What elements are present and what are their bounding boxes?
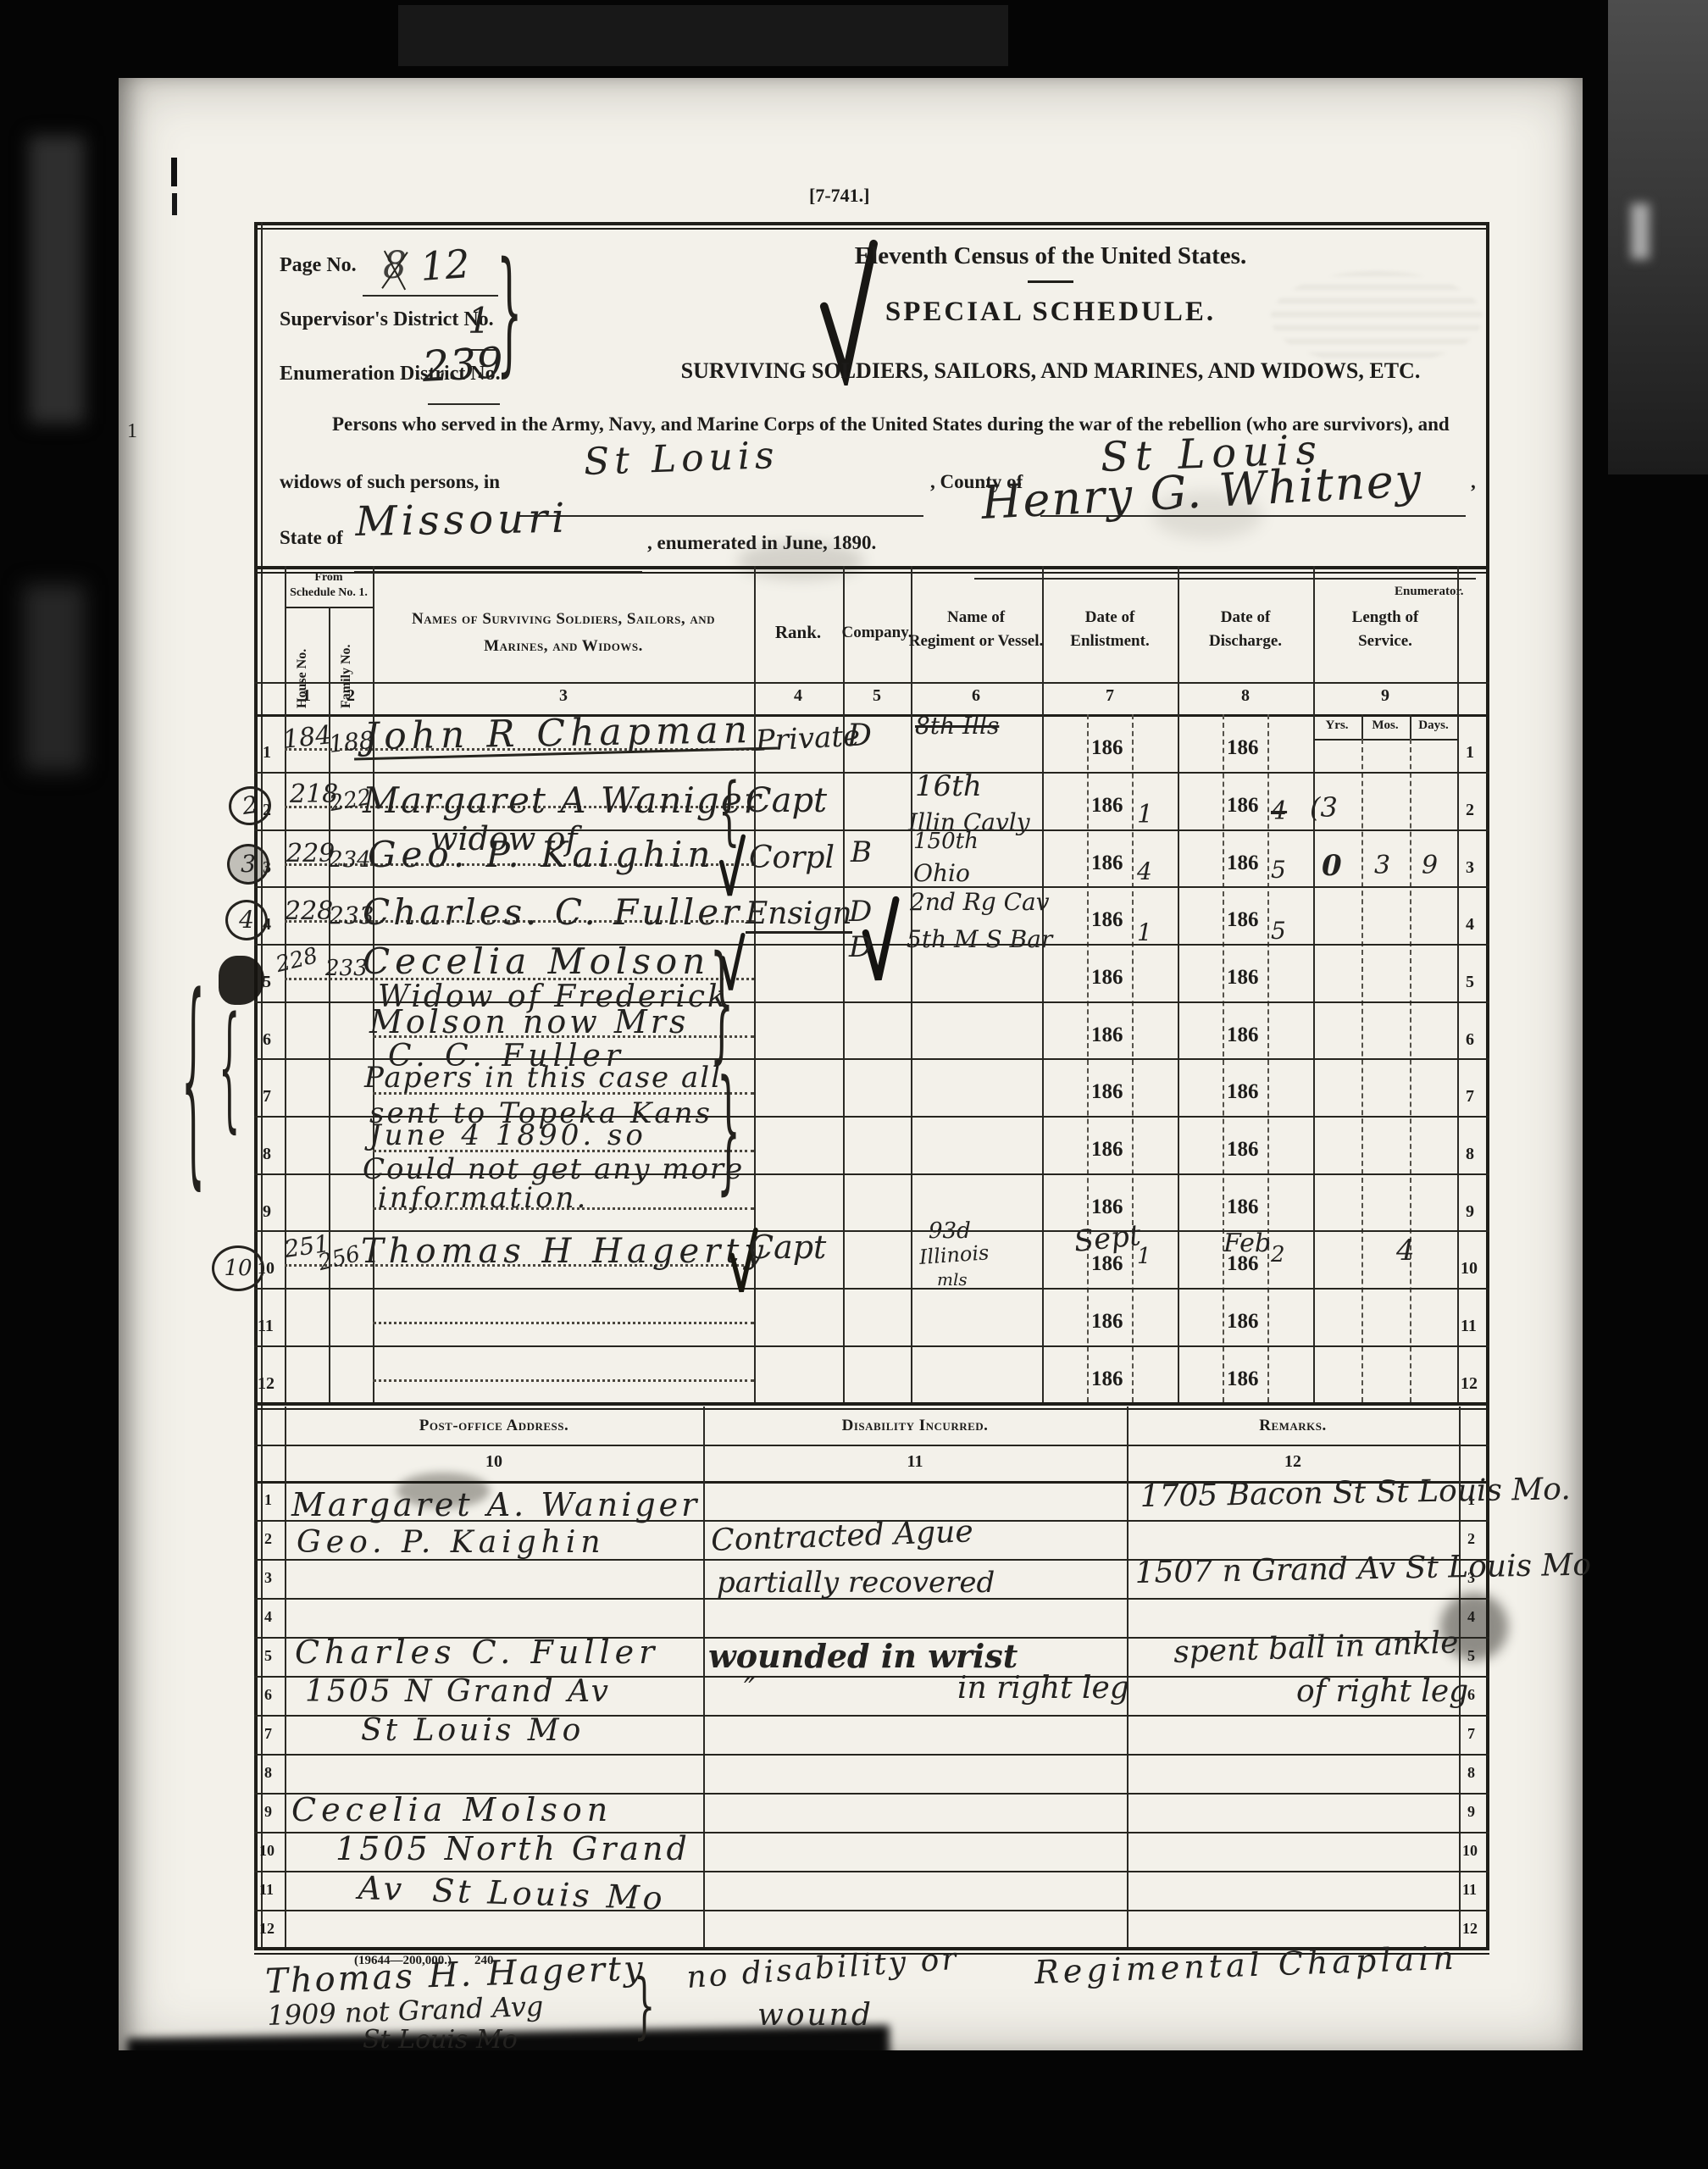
- enlist-col-label1: Date of: [1085, 608, 1135, 627]
- r10-rank: Capt: [749, 1229, 826, 1266]
- from-schedule-label1: From: [314, 571, 342, 585]
- lcol-num-11: 11: [907, 1452, 923, 1472]
- col-num-1: 1: [302, 686, 311, 706]
- l6-po: 1505 N Grand Av: [305, 1674, 611, 1709]
- mrownum-l-8: 8: [263, 1145, 271, 1164]
- margin-circle-10: 10: [212, 1245, 264, 1291]
- lrownum-l-12: 12: [259, 1920, 274, 1938]
- mrownum-r-11: 11: [1461, 1317, 1477, 1336]
- l6-rem: of right leg: [1296, 1674, 1468, 1709]
- r3-regiment: 150th: [913, 829, 979, 854]
- place-value: St Louis: [583, 434, 779, 484]
- y186-enl-1: 186: [1091, 736, 1123, 760]
- r10-discharge-year: 2: [1271, 1242, 1285, 1268]
- y186-enl-8: 186: [1091, 1138, 1123, 1162]
- y186-dis-9: 186: [1227, 1195, 1259, 1219]
- vline-numL: [285, 566, 286, 1402]
- lrownum-l-11: 11: [259, 1881, 274, 1899]
- enum-date-label: , enumerated in June, 1890.: [647, 532, 876, 554]
- l5-po: Charles C. Fuller: [295, 1634, 659, 1671]
- mrownum-r-9: 9: [1466, 1202, 1474, 1222]
- mrownum-r-5: 5: [1466, 973, 1474, 992]
- vdash-mos-days: [1410, 739, 1411, 1402]
- scanned-census-document: 1 [7-741.] Page No. 8 12 Supervisor's Di…: [0, 0, 1708, 2169]
- census-title-block: Eleventh Census of the United States. SP…: [678, 242, 1423, 384]
- lrownum-r-7: 7: [1467, 1725, 1475, 1743]
- remarks-label: Remarks.: [1259, 1417, 1327, 1435]
- enum-district-line: [428, 403, 500, 405]
- r5-name: Cecelia Molson: [363, 940, 710, 982]
- margin-circle-3: 3: [227, 844, 269, 885]
- r2-rank: Capt: [746, 781, 827, 820]
- lrownum-r-10: 10: [1462, 1842, 1478, 1860]
- r10-regiment2: Illinois: [918, 1240, 990, 1269]
- r3-mos: 3: [1374, 851, 1390, 880]
- mrownum-l-9: 9: [263, 1202, 271, 1222]
- r10-mos: 4: [1396, 1234, 1415, 1268]
- lrownum-r-12: 12: [1462, 1920, 1478, 1938]
- mrownum-l-7: 7: [263, 1087, 271, 1107]
- main-table-bottom-border: [254, 1402, 1489, 1410]
- r2-name: Margaret A Waniger: [363, 779, 762, 821]
- l5-dis: wounded in wrist: [708, 1637, 1018, 1675]
- census-title: Eleventh Census of the United States.: [678, 242, 1423, 270]
- r10-enlist-year: 1: [1137, 1244, 1151, 1269]
- names-col-label1: Names of Surviving Soldiers, Sailors, an…: [412, 610, 715, 629]
- lrownum-r-5: 5: [1467, 1647, 1475, 1665]
- y186-enl-7: 186: [1091, 1080, 1123, 1104]
- header-bottom-rule: [254, 682, 1489, 684]
- y186-enl-6: 186: [1091, 1023, 1123, 1047]
- lrownum-r-6: 6: [1467, 1686, 1475, 1704]
- r3-house: 229: [286, 839, 335, 868]
- margin-circle-4: 4: [225, 900, 268, 940]
- r3-discharge-year: 5: [1271, 856, 1286, 884]
- mrownum-r-3: 3: [1466, 858, 1474, 878]
- ltable-labels-rule: [254, 1445, 1489, 1446]
- vline-company-regiment: [911, 566, 912, 1402]
- special-schedule-title: SPECIAL SCHEDULE.: [678, 297, 1423, 328]
- district-brace: }: [496, 246, 523, 380]
- lrownum-l-1: 1: [264, 1491, 272, 1509]
- col-num-4: 4: [794, 686, 802, 706]
- sup-district-value: 1: [468, 300, 491, 341]
- disability-label: Disability Incurred.: [842, 1417, 989, 1435]
- r4-company2: D: [849, 930, 872, 964]
- county-comma: ,: [1471, 471, 1476, 493]
- page-no-label: Page No.: [280, 254, 357, 277]
- sup-district-label: Supervisor's District No.: [280, 308, 494, 331]
- r4-company: D: [849, 895, 872, 929]
- mrownum-r-2: 2: [1466, 801, 1474, 820]
- intro-line2: widows of such persons, in: [280, 471, 500, 493]
- r4-name: Charles. C. Fuller: [363, 891, 742, 933]
- r3-days: 9: [1422, 851, 1438, 880]
- vline-family-names: [373, 566, 374, 1402]
- r5-family: 233: [325, 956, 368, 981]
- form-right-border: [1486, 222, 1489, 1950]
- film-top-gray: [398, 5, 1008, 66]
- lrownum-r-11: 11: [1462, 1881, 1477, 1899]
- lrownum-l-9: 9: [264, 1803, 272, 1821]
- col-num-2: 2: [347, 686, 355, 706]
- scratch-mark-1: [171, 158, 177, 186]
- y186-dis-1: 186: [1227, 736, 1259, 760]
- r3-checkmark-icon: [717, 832, 747, 900]
- length-col-label2: Service.: [1358, 632, 1412, 651]
- l1-po: Margaret A. Waniger: [291, 1486, 700, 1523]
- schedule-subtitle: SURVIVING SOLDIERS, SAILORS, AND MARINES…: [678, 358, 1423, 384]
- r3-company: B: [851, 835, 872, 869]
- y186-enl-4: 186: [1091, 908, 1123, 932]
- film-left-blotch1: [29, 136, 85, 424]
- enlist-col-label2: Enlistment.: [1070, 632, 1149, 651]
- margin-brace-outer: {: [181, 973, 205, 1196]
- col-num-3: 3: [559, 686, 568, 706]
- lrownum-l-3: 3: [264, 1569, 272, 1587]
- mrow-sep-1: [254, 772, 1489, 774]
- mrownum-l-1: 1: [263, 743, 271, 763]
- lrow-sep-11: [254, 1910, 1489, 1911]
- r2-discharge-year: 4: [1271, 796, 1287, 826]
- r1-house: 184: [281, 720, 333, 755]
- r6-name: Molson now Mrs: [369, 1003, 689, 1040]
- r2-regiment: 16th: [915, 769, 982, 803]
- margin-brace-inner: {: [219, 1001, 240, 1137]
- y186-dis-8: 186: [1227, 1138, 1259, 1162]
- state-value: Missouri: [355, 495, 569, 546]
- lrownum-l-6: 6: [264, 1686, 272, 1704]
- lvline-numL: [285, 1406, 286, 1949]
- r5-right-brace: }: [710, 942, 734, 1069]
- regiment-col-label2: Regiment or Vessel.: [909, 632, 1044, 651]
- length-col-label1: Length of: [1352, 608, 1419, 627]
- y186-enl-3: 186: [1091, 852, 1123, 875]
- y186-dis-6: 186: [1227, 1023, 1259, 1047]
- vline-rank-company: [843, 566, 845, 1402]
- title-divider: [1028, 280, 1073, 283]
- rank-col-label: Rank.: [775, 622, 821, 643]
- r10-enlist-month: Sept: [1073, 1218, 1143, 1259]
- r1-company: D: [847, 718, 872, 753]
- r2-yrs: (3: [1310, 791, 1338, 824]
- mrow-sep-11: [254, 1345, 1489, 1347]
- subcol-yrs: Yrs.: [1325, 718, 1348, 733]
- y186-enl-2: 186: [1091, 794, 1123, 818]
- y186-enl-12: 186: [1091, 1367, 1123, 1391]
- y186-dis-7: 186: [1227, 1080, 1259, 1104]
- r4-house: 228: [285, 896, 333, 926]
- y186-dis-11: 186: [1227, 1310, 1259, 1334]
- y186-dis-5: 186: [1227, 966, 1259, 990]
- vline-mos-days-top: [1410, 714, 1411, 739]
- vline-length-numR: [1457, 566, 1459, 1402]
- mrownum-r-4: 4: [1466, 915, 1474, 935]
- film-left-blotch2: [24, 585, 85, 771]
- l7-po: St Louis Mo: [361, 1713, 584, 1748]
- l2-po: Geo. P. Kaighin: [297, 1525, 606, 1560]
- lrownum-l-7: 7: [264, 1725, 272, 1743]
- enum-district-value: 239: [421, 338, 504, 391]
- r10-regiment3: mls: [937, 1269, 968, 1290]
- r8-name: June 4 1890. so: [369, 1118, 646, 1152]
- r1-regiment: 8th Ills: [915, 712, 999, 740]
- l6-dis-ditto: ″: [744, 1673, 755, 1707]
- mrownum-l-11: 11: [258, 1317, 274, 1336]
- subcol-underline: [1313, 739, 1457, 741]
- place-line: [518, 515, 923, 517]
- page-no-value: 12: [419, 241, 471, 290]
- lrownum-r-9: 9: [1467, 1803, 1475, 1821]
- subcol-mos: Mos.: [1372, 718, 1398, 733]
- l9-po: Cecelia Molson: [291, 1791, 613, 1828]
- r4-enlist-year: 1: [1137, 918, 1152, 946]
- subcol-days: Days.: [1418, 718, 1448, 733]
- mrownum-r-6: 6: [1466, 1030, 1474, 1050]
- film-right-gray-strip: [1608, 0, 1708, 474]
- lvline-po-dis: [703, 1406, 705, 1949]
- lrownum-r-4: 4: [1467, 1608, 1475, 1626]
- r10-discharge-month: Feb: [1223, 1229, 1271, 1258]
- lrownum-l-5: 5: [264, 1647, 272, 1665]
- mrownum-l-12: 12: [258, 1374, 274, 1394]
- lrownum-r-2: 2: [1467, 1530, 1475, 1548]
- l3-dis: partially recovered: [717, 1566, 995, 1600]
- from-schedule-label2: Schedule No. 1.: [290, 586, 368, 600]
- lrow-sep-7: [254, 1754, 1489, 1756]
- r9-name: information.: [378, 1181, 588, 1215]
- main-table-top-border: [254, 566, 1489, 574]
- l6-dis: in right leg: [957, 1671, 1129, 1706]
- col-num-9: 9: [1381, 686, 1389, 706]
- r4-regiment2: 5th M S Bar: [907, 925, 1052, 953]
- r10-name: Thomas H Hagerty: [361, 1232, 768, 1271]
- y186-dis-2: 186: [1227, 794, 1259, 818]
- col-num-7: 7: [1106, 686, 1114, 706]
- form-left-border-inner: [261, 222, 263, 1950]
- film-right-speck: [1631, 203, 1650, 259]
- col-num-6: 6: [972, 686, 980, 706]
- lcol-num-12: 12: [1284, 1452, 1301, 1472]
- r4-rank: Ensign: [746, 896, 852, 934]
- col-num-8: 8: [1241, 686, 1250, 706]
- lrownum-r-8: 8: [1467, 1764, 1475, 1782]
- footer-addr2: St Louis Mo: [363, 2025, 518, 2055]
- r2-enlist-year: 1: [1137, 800, 1153, 829]
- r3-rank: Corpl: [749, 840, 835, 875]
- r4-discharge-year: 5: [1271, 917, 1286, 945]
- r3-family: 234: [329, 847, 371, 873]
- left-margin-mark: 1: [127, 420, 137, 443]
- y186-dis-3: 186: [1227, 852, 1259, 875]
- mrow-sep-3: [254, 886, 1489, 888]
- mrownum-l-6: 6: [263, 1030, 271, 1050]
- dotline-11: [373, 1322, 754, 1324]
- mrownum-r-1: 1: [1466, 743, 1474, 763]
- y186-dis-12: 186: [1227, 1367, 1259, 1391]
- lrownum-l-10: 10: [259, 1842, 274, 1860]
- r3-regiment2: Ohio: [913, 859, 970, 887]
- r3-name: Geo. P. Kaighin: [368, 834, 715, 875]
- discharge-col-label2: Discharge.: [1209, 632, 1282, 651]
- vline-yrs-mos-top: [1361, 714, 1363, 739]
- signature-line: [974, 578, 1476, 580]
- y186-enl-9: 186: [1091, 1195, 1123, 1219]
- r3-enlist-year: 4: [1137, 857, 1152, 885]
- page-no-line: [363, 295, 498, 297]
- mrownum-r-10: 10: [1461, 1259, 1478, 1279]
- r10-regiment: 93d: [929, 1218, 971, 1244]
- y186-enl-11: 186: [1091, 1310, 1123, 1334]
- footer-disability2: wound: [757, 1998, 873, 2033]
- y186-dis-4: 186: [1227, 908, 1259, 932]
- col-num-5: 5: [873, 686, 881, 706]
- form-number: [7-741.]: [809, 185, 869, 207]
- form-left-border: [254, 222, 258, 1950]
- company-col-label: Company.: [842, 624, 912, 642]
- dotline-12: [373, 1379, 754, 1382]
- discharge-col-label1: Date of: [1221, 608, 1271, 627]
- names-col-label2: Marines, and Widows.: [484, 637, 643, 656]
- mrow-sep-10: [254, 1288, 1489, 1290]
- state-label: State of: [280, 527, 343, 549]
- lrownum-l-8: 8: [264, 1764, 272, 1782]
- r7-name: Papers in this case all: [364, 1061, 722, 1095]
- paper-bottom-edge: [119, 2050, 1584, 2169]
- form-top-border: [254, 222, 1489, 230]
- scratch-mark-2: [172, 193, 177, 215]
- lcol-num-10: 10: [485, 1452, 502, 1472]
- vdash-yrs-mos: [1361, 739, 1363, 1402]
- footer-brace: }: [634, 1971, 655, 2042]
- vline-regiment-enlist: [1042, 566, 1044, 1402]
- r4-regiment: 2nd Rg Cav: [910, 888, 1050, 916]
- vline-enlist-discharge: [1178, 566, 1179, 1402]
- vline-discharge-length: [1313, 566, 1315, 1402]
- mrownum-r-7: 7: [1466, 1087, 1474, 1107]
- r1-rank: Private: [755, 719, 861, 758]
- lrownum-l-2: 2: [264, 1530, 272, 1548]
- po-address-label: Post-office Address.: [419, 1417, 569, 1435]
- mrownum-r-8: 8: [1466, 1145, 1474, 1164]
- regiment-col-label1: Name of: [947, 608, 1005, 627]
- y186-enl-5: 186: [1091, 966, 1123, 990]
- enumerator-label: Enumerator.: [1395, 585, 1464, 599]
- r3-yrs: 0: [1322, 849, 1342, 883]
- l10-po: 1505 North Grand: [335, 1830, 690, 1867]
- mrownum-r-12: 12: [1461, 1374, 1478, 1394]
- lrownum-l-4: 4: [264, 1608, 272, 1626]
